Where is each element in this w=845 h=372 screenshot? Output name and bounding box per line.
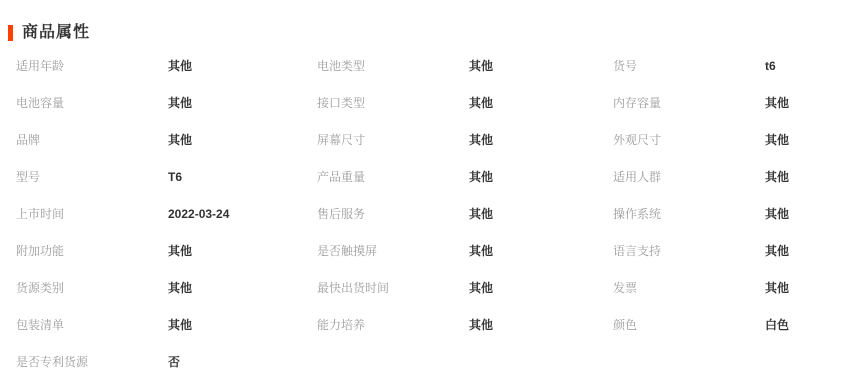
- attribute-label: 最快出货时间: [317, 279, 469, 296]
- attribute-item: 产品重量 其他: [317, 158, 613, 195]
- attribute-label: 上市时间: [16, 205, 168, 222]
- attribute-item: 是否专利货源 否: [16, 343, 317, 372]
- product-attributes-section: 商品属性 适用年龄 其他 电池类型 其他 货号 t6 电池容量 其他 接口类型 …: [0, 0, 845, 372]
- attribute-item: 售后服务 其他: [317, 195, 613, 232]
- attribute-item: 屏幕尺寸 其他: [317, 121, 613, 158]
- attribute-item: 颜色 白色: [613, 306, 845, 343]
- attribute-item: 外观尺寸 其他: [613, 121, 845, 158]
- attribute-label: 外观尺寸: [613, 131, 765, 148]
- attribute-value: 其他: [469, 57, 493, 74]
- section-header: 商品属性: [8, 25, 845, 41]
- attribute-value: 其他: [469, 242, 493, 259]
- attribute-item: 电池类型 其他: [317, 47, 613, 84]
- attribute-label: 电池容量: [16, 94, 168, 111]
- attribute-item: 操作系统 其他: [613, 195, 845, 232]
- attribute-value: 其他: [168, 316, 192, 333]
- attribute-item: 适用人群 其他: [613, 158, 845, 195]
- attribute-label: 电池类型: [317, 57, 469, 74]
- attribute-value: 其他: [168, 57, 192, 74]
- attribute-value: 其他: [469, 131, 493, 148]
- attribute-label: 颜色: [613, 316, 765, 333]
- attribute-value: 其他: [469, 94, 493, 111]
- attribute-label: 品牌: [16, 131, 168, 148]
- attribute-label: 是否触摸屏: [317, 242, 469, 259]
- attribute-label: 适用人群: [613, 168, 765, 185]
- attribute-label: 能力培养: [317, 316, 469, 333]
- attribute-value: 其他: [469, 205, 493, 222]
- attribute-item: 最快出货时间 其他: [317, 269, 613, 306]
- attribute-item: 内存容量 其他: [613, 84, 845, 121]
- attribute-value: 否: [168, 353, 180, 370]
- attribute-item: 接口类型 其他: [317, 84, 613, 121]
- attribute-item: 包装清单 其他: [16, 306, 317, 343]
- attribute-label: 产品重量: [317, 168, 469, 185]
- attribute-value: 其他: [168, 242, 192, 259]
- attribute-item: 适用年龄 其他: [16, 47, 317, 84]
- accent-bar-icon: [8, 25, 13, 41]
- attribute-item: 附加功能 其他: [16, 232, 317, 269]
- attribute-value: 其他: [765, 94, 789, 111]
- attribute-value: 其他: [765, 205, 789, 222]
- attribute-label: 发票: [613, 279, 765, 296]
- attribute-value: 其他: [765, 279, 789, 296]
- attribute-item: 货源类别 其他: [16, 269, 317, 306]
- attribute-value: 白色: [765, 316, 789, 333]
- attribute-value: 其他: [469, 168, 493, 185]
- attribute-item: 型号 T6: [16, 158, 317, 195]
- attribute-value: 其他: [765, 131, 789, 148]
- attribute-item: 品牌 其他: [16, 121, 317, 158]
- attribute-value: 2022-03-24: [168, 207, 229, 221]
- attribute-item: 发票 其他: [613, 269, 845, 306]
- attribute-label: 语言支持: [613, 242, 765, 259]
- attribute-label: 售后服务: [317, 205, 469, 222]
- attribute-label: 内存容量: [613, 94, 765, 111]
- attribute-value: 其他: [765, 168, 789, 185]
- attribute-value: 其他: [168, 131, 192, 148]
- attribute-label: 货源类别: [16, 279, 168, 296]
- attribute-value: 其他: [469, 279, 493, 296]
- attribute-value: 其他: [469, 316, 493, 333]
- attribute-item: 能力培养 其他: [317, 306, 613, 343]
- attribute-label: 货号: [613, 57, 765, 74]
- attributes-grid: 适用年龄 其他 电池类型 其他 货号 t6 电池容量 其他 接口类型 其他 内存…: [16, 47, 845, 372]
- attribute-item: 电池容量 其他: [16, 84, 317, 121]
- attribute-label: 是否专利货源: [16, 353, 168, 370]
- attribute-label: 操作系统: [613, 205, 765, 222]
- attribute-label: 附加功能: [16, 242, 168, 259]
- attribute-item: 货号 t6: [613, 47, 845, 84]
- attribute-label: 屏幕尺寸: [317, 131, 469, 148]
- attribute-value: 其他: [168, 94, 192, 111]
- attribute-label: 型号: [16, 168, 168, 185]
- attribute-item: 是否触摸屏 其他: [317, 232, 613, 269]
- attribute-label: 包装清单: [16, 316, 168, 333]
- section-title: 商品属性: [22, 25, 90, 41]
- attribute-value: 其他: [168, 279, 192, 296]
- attribute-item: 语言支持 其他: [613, 232, 845, 269]
- attribute-value: T6: [168, 170, 182, 184]
- attribute-value: 其他: [765, 242, 789, 259]
- attribute-value: t6: [765, 59, 776, 73]
- attribute-label: 适用年龄: [16, 57, 168, 74]
- attribute-item: 上市时间 2022-03-24: [16, 195, 317, 232]
- page: 商品属性 适用年龄 其他 电池类型 其他 货号 t6 电池容量 其他 接口类型 …: [0, 0, 845, 372]
- attribute-label: 接口类型: [317, 94, 469, 111]
